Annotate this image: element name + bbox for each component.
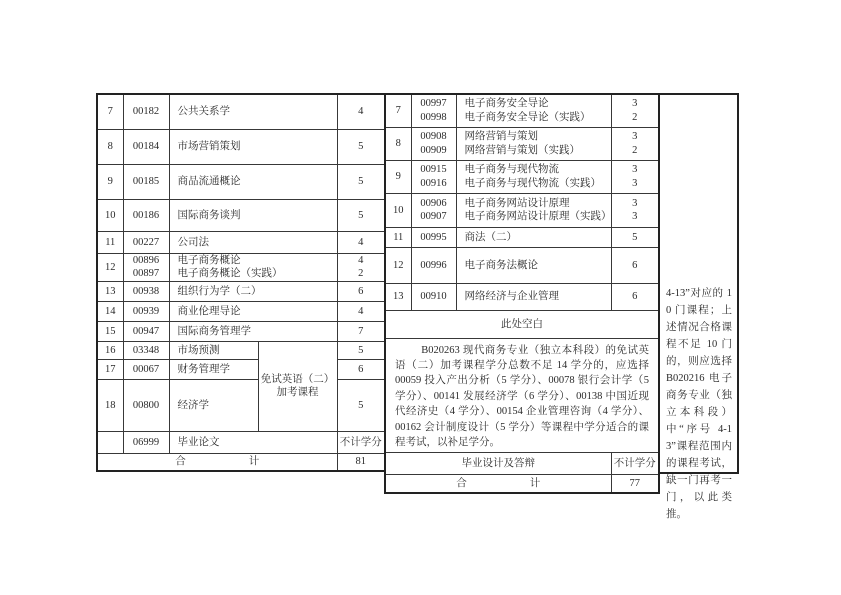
course-name: 组织行为学（二） — [169, 281, 337, 301]
course-name-line1: 电子商务网站设计原理 — [465, 197, 609, 211]
table-row: 13 00938 组织行为学（二） 6 — [97, 281, 385, 301]
total-credits: 77 — [611, 475, 659, 493]
course-code-line2: 00916 — [414, 177, 454, 191]
course-code-line2: 00998 — [414, 111, 454, 125]
total-label: 合 计 — [385, 475, 611, 493]
credit-value: 6 — [611, 283, 659, 310]
scanned-document-page: 7 00182 公共关系学 4 8 00184 市场营销策划 5 9 00185… — [0, 0, 841, 595]
side-note-column: 4-13”对应的 10 门课程；上述情况合格课程不足 10 门的，则应选择 B0… — [658, 93, 739, 474]
table-row: 7 00182 公共关系学 4 — [97, 94, 385, 129]
total-row: 合 计 81 — [97, 453, 385, 471]
course-name: 经济学 — [169, 379, 258, 431]
course-name-line1: 电子商务与现代物流 — [465, 163, 609, 177]
course-code: 00938 — [123, 281, 169, 301]
credit-value: 3 3 — [611, 160, 659, 193]
credit-value: 5 — [611, 227, 659, 247]
course-name: 电子商务概论 电子商务概论（实践） — [169, 253, 337, 281]
credit-value: 4 2 — [337, 253, 385, 281]
seq-cell: 10 — [97, 199, 123, 231]
table-row: 12 00996 电子商务法概论 6 — [385, 247, 659, 283]
seq-cell: 8 — [385, 127, 411, 160]
seq-cell: 11 — [385, 227, 411, 247]
credit-line1: 3 — [614, 97, 657, 111]
course-code-line1: 00915 — [414, 163, 454, 177]
credit-value: 5 — [337, 164, 385, 199]
course-name: 电子商务网站设计原理 电子商务网站设计原理（实践） — [456, 193, 611, 227]
defense-row: 毕业设计及答辩 不计学分 — [385, 453, 659, 475]
course-name: 市场预测 — [169, 341, 258, 359]
credit-line2: 2 — [340, 267, 383, 281]
credit-value: 7 — [337, 321, 385, 341]
course-name: 商品流通概论 — [169, 164, 337, 199]
course-name-line2: 网络营销与策划（实践） — [465, 144, 609, 158]
table-row: 8 00908 00909 网络营销与策划 网络营销与策划（实践） 3 2 — [385, 127, 659, 160]
course-code: 00067 — [123, 359, 169, 379]
seq-cell: 12 — [97, 253, 123, 281]
course-name: 财务管理学 — [169, 359, 258, 379]
credit-value: 4 — [337, 301, 385, 321]
course-name-line1: 网络营销与策划 — [465, 130, 609, 144]
credit-value: 4 — [337, 231, 385, 253]
credit-value: 5 — [337, 341, 385, 359]
credit-value: 5 — [337, 129, 385, 164]
course-code: 00186 — [123, 199, 169, 231]
right-course-table: 7 00997 00998 电子商务安全导论 电子商务安全导论（实践） 3 2 … — [384, 93, 660, 494]
table-row: 16 03348 市场预测 免试英语（二） 加考课程 5 — [97, 341, 385, 359]
table-row: 14 00939 商业伦理导论 4 — [97, 301, 385, 321]
table-row: 11 00227 公司法 4 — [97, 231, 385, 253]
credit-line2: 2 — [614, 111, 657, 125]
table-row: 13 00910 网络经济与企业管理 6 — [385, 283, 659, 310]
course-name-line2: 电子商务与现代物流（实践） — [465, 177, 609, 191]
course-code: 00185 — [123, 164, 169, 199]
course-name: 公共关系学 — [169, 94, 337, 129]
course-name-line1: 电子商务安全导论 — [465, 97, 609, 111]
exempt-english-extra-courses-cell: 免试英语（二） 加考课程 — [258, 341, 337, 431]
course-name: 电子商务与现代物流 电子商务与现代物流（实践） — [456, 160, 611, 193]
course-name-line1: 电子商务概论 — [178, 254, 335, 268]
table-row: 8 00184 市场营销策划 5 — [97, 129, 385, 164]
credit-value: 5 — [337, 379, 385, 431]
seq-cell: 14 — [97, 301, 123, 321]
course-code: 00908 00909 — [411, 127, 456, 160]
course-code: 00182 — [123, 94, 169, 129]
course-name: 网络经济与企业管理 — [456, 283, 611, 310]
seq-cell: 12 — [385, 247, 411, 283]
course-code: 00896 00897 — [123, 253, 169, 281]
course-name-line2: 电子商务安全导论（实践） — [465, 111, 609, 125]
course-code: 00995 — [411, 227, 456, 247]
seq-cell: 15 — [97, 321, 123, 341]
seq-cell: 9 — [97, 164, 123, 199]
credit-line1: 3 — [614, 163, 657, 177]
seq-cell: 18 — [97, 379, 123, 431]
course-code: 00906 00907 — [411, 193, 456, 227]
table-row: 11 00995 商法（二） 5 — [385, 227, 659, 247]
course-code: 03348 — [123, 341, 169, 359]
table-row: 17 00067 财务管理学 6 — [97, 359, 385, 379]
credit-line1: 3 — [614, 197, 657, 211]
side-note-text: 4-13”对应的 10 门课程；上述情况合格课程不足 10 门的，则应选择 B0… — [666, 288, 732, 520]
seq-cell: 9 — [385, 160, 411, 193]
course-code-line1: 00906 — [414, 197, 454, 211]
course-name: 国际商务管理学 — [169, 321, 337, 341]
course-code-line1: 00908 — [414, 130, 454, 144]
seq-cell: 13 — [385, 283, 411, 310]
seq-cell: 7 — [385, 94, 411, 127]
seq-cell: 8 — [97, 129, 123, 164]
course-code-line2: 00909 — [414, 144, 454, 158]
course-code: 00227 — [123, 231, 169, 253]
total-label: 合 计 — [97, 453, 337, 471]
table-row: 10 00186 国际商务谈判 5 — [97, 199, 385, 231]
exempt-cell-line1: 免试英语（二） — [261, 373, 335, 387]
course-code: 00915 00916 — [411, 160, 456, 193]
credit-value: 6 — [337, 281, 385, 301]
course-name: 电子商务安全导论 电子商务安全导论（实践） — [456, 94, 611, 127]
table-row: 9 00915 00916 电子商务与现代物流 电子商务与现代物流（实践） 3 … — [385, 160, 659, 193]
seq-cell: 13 — [97, 281, 123, 301]
course-code-line2: 00907 — [414, 210, 454, 224]
course-code: 00910 — [411, 283, 456, 310]
course-name: 市场营销策划 — [169, 129, 337, 164]
defense-label: 毕业设计及答辩 — [385, 453, 611, 475]
left-course-table: 7 00182 公共关系学 4 8 00184 市场营销策划 5 9 00185… — [96, 93, 386, 472]
credit-value: 3 2 — [611, 94, 659, 127]
course-name: 商法（二） — [456, 227, 611, 247]
credit-value: 4 — [337, 94, 385, 129]
credit-line2: 3 — [614, 210, 657, 224]
credit-line2: 3 — [614, 177, 657, 191]
total-row: 合 计 77 — [385, 475, 659, 493]
credit-value: 不计学分 — [337, 431, 385, 453]
course-code-line1: 00896 — [126, 254, 167, 268]
blank-row: 此处空白 — [385, 310, 659, 338]
credit-line2: 2 — [614, 144, 657, 158]
credit-value: 3 3 — [611, 193, 659, 227]
course-code-line1: 00997 — [414, 97, 454, 111]
credit-value: 5 — [337, 199, 385, 231]
course-name: 商业伦理导论 — [169, 301, 337, 321]
credit-value: 6 — [611, 247, 659, 283]
course-code: 06999 — [123, 431, 169, 453]
exempt-cell-line2: 加考课程 — [261, 386, 335, 400]
table-row: 10 00906 00907 电子商务网站设计原理 电子商务网站设计原理（实践）… — [385, 193, 659, 227]
credit-line1: 3 — [614, 130, 657, 144]
total-credits: 81 — [337, 453, 385, 471]
course-code: 00996 — [411, 247, 456, 283]
course-code: 00184 — [123, 129, 169, 164]
credit-value: 不计学分 — [611, 453, 659, 475]
table-row: 15 00947 国际商务管理学 7 — [97, 321, 385, 341]
thesis-row: 06999 毕业论文 不计学分 — [97, 431, 385, 453]
course-code-line2: 00897 — [126, 267, 167, 281]
table-row: 9 00185 商品流通概论 5 — [97, 164, 385, 199]
course-code: 00947 — [123, 321, 169, 341]
table-row: 12 00896 00897 电子商务概论 电子商务概论（实践） 4 2 — [97, 253, 385, 281]
course-name: 毕业论文 — [169, 431, 337, 453]
seq-cell: 7 — [97, 94, 123, 129]
table-row: 7 00997 00998 电子商务安全导论 电子商务安全导论（实践） 3 2 — [385, 94, 659, 127]
substitute-courses-note: B020263 现代商务专业（独立本科段）的免试英语（二）加考课程学分总数不足 … — [385, 338, 659, 453]
course-code: 00800 — [123, 379, 169, 431]
course-name: 公司法 — [169, 231, 337, 253]
note-row: B020263 现代商务专业（独立本科段）的免试英语（二）加考课程学分总数不足 … — [385, 338, 659, 453]
course-name-line2: 电子商务网站设计原理（实践） — [465, 210, 609, 224]
table-row: 18 00800 经济学 5 — [97, 379, 385, 431]
seq-cell-empty — [97, 431, 123, 453]
blank-placeholder: 此处空白 — [385, 310, 659, 338]
seq-cell: 17 — [97, 359, 123, 379]
course-name: 网络营销与策划 网络营销与策划（实践） — [456, 127, 611, 160]
course-code: 00997 00998 — [411, 94, 456, 127]
seq-cell: 16 — [97, 341, 123, 359]
seq-cell: 11 — [97, 231, 123, 253]
credit-value: 6 — [337, 359, 385, 379]
course-code: 00939 — [123, 301, 169, 321]
seq-cell: 10 — [385, 193, 411, 227]
course-name-line2: 电子商务概论（实践） — [178, 267, 335, 281]
credit-line1: 4 — [340, 254, 383, 268]
course-name: 国际商务谈判 — [169, 199, 337, 231]
credit-value: 3 2 — [611, 127, 659, 160]
course-name: 电子商务法概论 — [456, 247, 611, 283]
